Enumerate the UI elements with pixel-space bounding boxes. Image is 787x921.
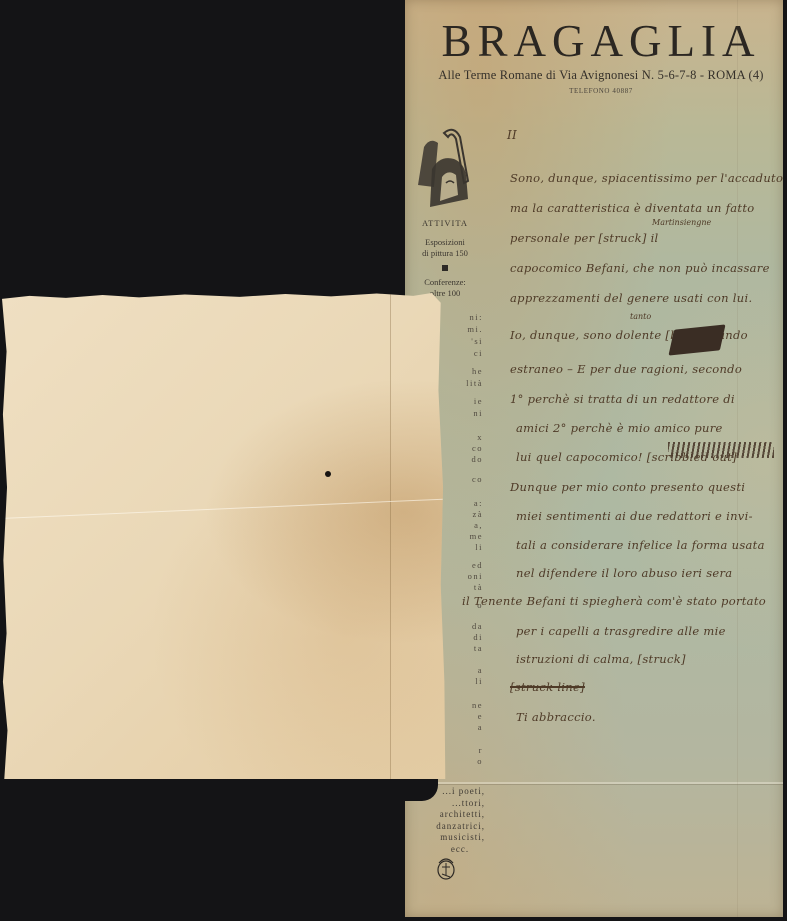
letter-line: Dunque per mio conto presento questi [510, 480, 745, 494]
struck-letter-line: [struck line] [510, 680, 755, 694]
sidebar-fragment: ni [455, 408, 483, 419]
sidebar-fragment: do [455, 454, 483, 465]
letter-line: 1° perchè si tratta di un redattore di [510, 392, 735, 406]
sidebar-fragment: mi. [455, 324, 483, 335]
blank-aged-sheet [2, 293, 459, 779]
horizontal-fold [405, 782, 783, 784]
letter-line: estraneo – E per due ragioni, secondo [510, 362, 742, 376]
stamp-icon [435, 855, 457, 881]
sidebar-bottom-line: danzatrici, [415, 821, 485, 833]
sidebar-fragment: o [455, 756, 483, 767]
sidebar-bottom-line: ecc. [415, 844, 485, 856]
letterhead-brand: BRAGAGLIA [423, 14, 779, 68]
sidebar-fragment: ni: [455, 312, 483, 323]
sidebar-bottom-line: musicisti, [415, 832, 485, 844]
letter-line: il Tenente Befani ti spiegherà com'è sta… [462, 594, 766, 608]
letter-line: miei sentimenti ai due redattori e invi- [516, 509, 753, 523]
sidebar-exhibitions-count: di pittura 150 [405, 248, 485, 259]
vertical-crease [390, 293, 391, 779]
sidebar-fragment: e [455, 711, 483, 722]
punch-hole [325, 471, 331, 477]
sidebar-fragment: ne [455, 700, 483, 711]
sidebar-fragment: a, [455, 520, 483, 531]
sidebar-fragment: zà [455, 509, 483, 520]
sidebar-fragment: a [455, 722, 483, 733]
sidebar-fragment: ta [455, 643, 483, 654]
letter-line: personale per [struck] il [510, 231, 659, 245]
letter-line: istruzioni di calma, [struck] [516, 652, 686, 666]
sidebar-fragment: co [455, 474, 483, 485]
sidebar-exhibitions: Esposizioni [405, 237, 485, 248]
sidebar-fragment: da [455, 621, 483, 632]
sidebar-fragment: a [455, 665, 483, 676]
sidebar-fragment: me [455, 531, 483, 542]
sidebar-fragment: ed [455, 560, 483, 571]
letterhead-sidebar: ATTIVITA Esposizioni di pittura 150 Conf… [405, 125, 485, 299]
letter-line: ma la caratteristica è diventata un fatt… [510, 201, 755, 215]
letter-line: tali a considerare infelice la forma usa… [516, 538, 765, 552]
sidebar-fragment: li [455, 542, 483, 553]
sidebar-fragment: 'si [455, 336, 483, 347]
letter-line: nel difendere il loro abuso ieri sera [516, 566, 732, 580]
sidebar-fragment: oni [455, 571, 483, 582]
scribbled-out-text [668, 442, 774, 458]
letter-line: apprezzamenti del genere usati con lui. [510, 291, 752, 305]
sidebar-bottom-line: architetti, [415, 809, 485, 821]
sidebar-fragment: co [455, 443, 483, 454]
bell-shaped-arches-emblem-icon [410, 125, 480, 215]
page-number-mark: II [507, 128, 517, 142]
sidebar-fragment: x [455, 432, 483, 443]
sidebar-conferences: Conferenze: [405, 277, 485, 288]
sidebar-bullet [442, 265, 448, 271]
sidebar-fragment: r [455, 745, 483, 756]
letter-closing: Ti abbraccio. [516, 710, 596, 724]
sidebar-fragment: a: [455, 498, 483, 509]
sidebar-fragment: tà [455, 582, 483, 593]
letter-line: capocomico Befani, che non può incassare [510, 261, 770, 275]
sidebar-fragment: li [455, 676, 483, 687]
sidebar-fragment: ci [455, 348, 483, 359]
letterhead-phone: TELEFONO 40887 [423, 87, 779, 95]
letter-line: per i capelli a trasgredire alle mie [516, 624, 726, 638]
sidebar-fragment: lità [455, 378, 483, 389]
sidebar-fragment: di [455, 632, 483, 643]
letterhead-address: Alle Terme Romane di Via Avignonesi N. 5… [423, 68, 779, 83]
vertical-fold [737, 0, 738, 917]
letter-line: Sono, dunque, spiacentissimo per l'accad… [510, 171, 783, 185]
letter-insertion: tanto [630, 312, 651, 321]
sidebar-fragment: he [455, 366, 483, 377]
sidebar-fragment: ie [455, 396, 483, 407]
sidebar-title: ATTIVITA [405, 218, 485, 228]
letter-line: amici 2° perchè è mio amico pure [516, 421, 723, 435]
letter-insertion: Martinsiengne [652, 218, 711, 227]
